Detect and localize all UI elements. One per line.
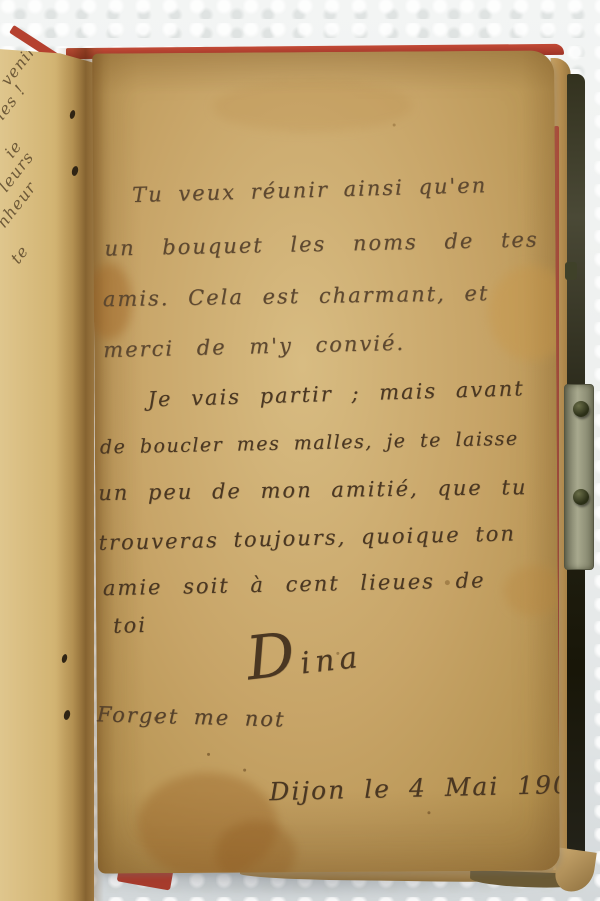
letter-line: amie soit à cent lieues de (103, 568, 486, 600)
page-stain (212, 79, 412, 132)
clasp-stud-bottom (573, 489, 589, 505)
photograph-autograph-book: venirs ies ! ie leurs nheur te Tu veux r… (0, 0, 600, 901)
letter-line: toi (113, 613, 148, 638)
album-page: Tu veux réunir ainsi qu'en un bouquet le… (92, 50, 560, 873)
page-stain (489, 265, 560, 361)
page-specks (207, 753, 210, 756)
letter-line: amis. Cela est charmant, et (103, 281, 490, 311)
letter-line: Je vais partir ; mais avant (147, 376, 525, 411)
previous-page-text-fragment: te (7, 242, 33, 268)
letter-line: de boucler mes malles, je te laisse (100, 428, 519, 459)
letter-line: un bouquet les noms de tes (104, 227, 539, 260)
signature: Dina (243, 612, 365, 694)
postscript-forget-me-not: Forget me not (96, 702, 285, 731)
stitch-hole (71, 165, 79, 176)
bottom-right-corner-curl (553, 848, 596, 895)
clasp-plate (564, 384, 594, 570)
stitch-hole (69, 110, 76, 120)
previous-page-text-fragment: ies ! (0, 81, 30, 124)
page-stain (504, 565, 560, 615)
clasp-fragment (565, 262, 577, 280)
book-gutter (56, 48, 104, 901)
clasp-stud-top (573, 401, 589, 417)
letter-line: merci de m'y convié. (103, 331, 405, 362)
stitch-hole (63, 709, 71, 720)
stitch-hole (61, 654, 68, 664)
letter-line: Tu veux réunir ainsi qu'en (132, 173, 488, 207)
letter-line: un peu de mon amitié, que tu (98, 475, 528, 505)
letter-line: trouveras toujours, quoique ton (98, 521, 516, 554)
dateline: Dijon le 4 Mai 1900 (269, 769, 560, 806)
